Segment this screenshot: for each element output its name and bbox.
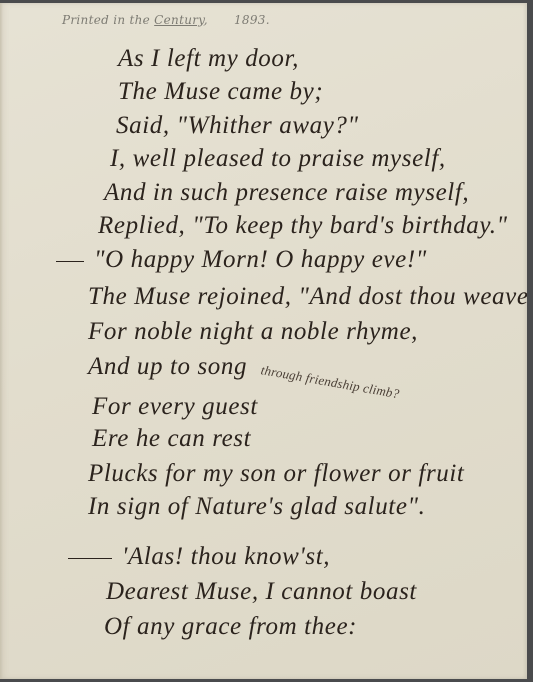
poem-line-17: Of any grace from thee: xyxy=(104,613,357,641)
poem-line-5: And in such presence raise myself, xyxy=(104,179,469,207)
dash-mark xyxy=(68,558,112,559)
pencil-annotation: Printed in the Century, 1893. xyxy=(62,13,270,27)
poem-line-14: In sign of Nature's glad salute". xyxy=(88,493,426,521)
manuscript-page: Printed in the Century, 1893. As I left … xyxy=(0,3,527,679)
poem-line-8: The Muse rejoined, "And dost thou weave xyxy=(88,283,527,311)
poem-line-12: Ere he can rest xyxy=(92,425,251,453)
poem-line-15-text: 'Alas! thou know'st, xyxy=(122,543,330,570)
poem-line-1: As I left my door, xyxy=(118,45,299,73)
poem-line-3: Said, "Whither away?" xyxy=(116,112,359,140)
poem-line-10-text: And up to song xyxy=(88,353,247,380)
poem-line-16: Dearest Muse, I cannot boast xyxy=(106,578,417,606)
note-publication: Century xyxy=(154,13,204,27)
poem-line-6: Replied, "To keep thy bard's birthday." xyxy=(98,212,508,240)
note-year: 1893. xyxy=(234,13,270,27)
poem-line-7: "O happy Morn! O happy eve!" xyxy=(56,246,427,274)
poem-line-2: The Muse came by; xyxy=(118,78,323,106)
poem-line-10: And up to songthrough friendship climb? xyxy=(88,353,401,381)
poem-line-13: Plucks for my son or flower or fruit xyxy=(88,460,464,488)
poem-line-9: For noble night a noble rhyme, xyxy=(88,318,418,346)
interlinear-addition: through friendship climb? xyxy=(260,362,401,402)
note-prefix: Printed in the xyxy=(62,13,150,27)
poem-line-15: 'Alas! thou know'st, xyxy=(68,543,330,571)
poem-line-11: For every guest xyxy=(92,393,258,421)
note-separator: , xyxy=(204,13,208,27)
poem-line-4: I, well pleased to praise myself, xyxy=(110,145,446,173)
poem-line-7-text: "O happy Morn! O happy eve!" xyxy=(94,246,427,273)
dash-mark xyxy=(56,261,84,262)
